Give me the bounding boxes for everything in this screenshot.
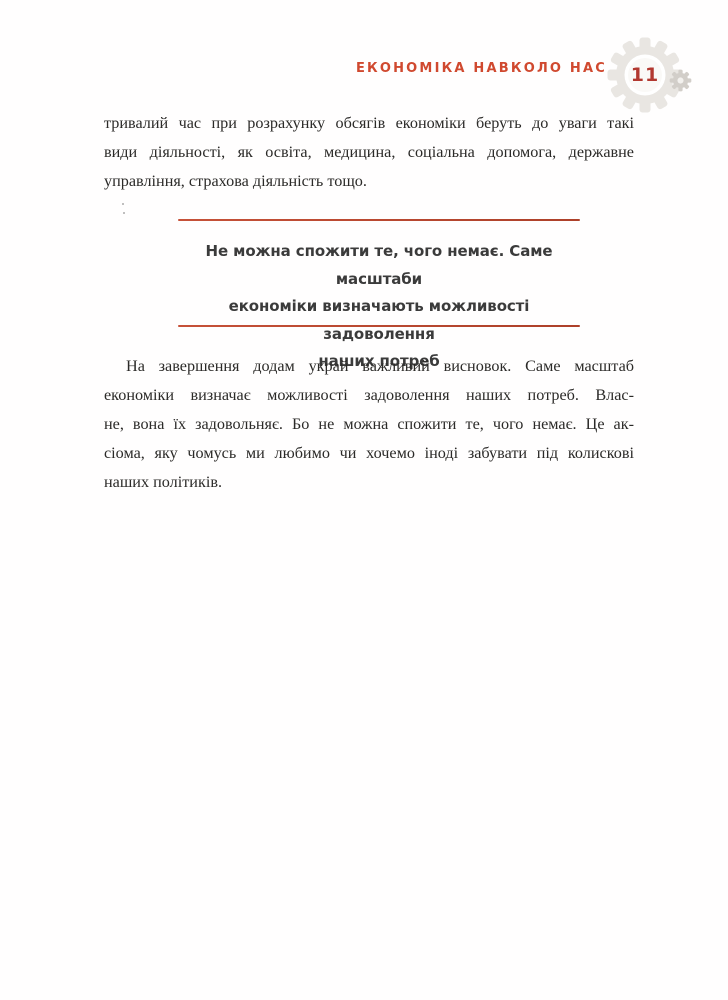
text-line: види діяльності, як освіта, медицина, со… (104, 138, 634, 167)
quote-top-rule (178, 219, 580, 221)
scan-artifact (121, 202, 125, 216)
paragraph-continuation: тривалий час при розрахунку обсягів екон… (104, 109, 634, 196)
text-line: управління, страхова діяльність тощо. (104, 167, 634, 196)
text-line: наших політиків. (104, 468, 634, 497)
quote-line: економіки визначають можливості задоволе… (178, 293, 580, 348)
text-line: сіома, яку чомусь ми любимо чи хочемо ін… (104, 439, 634, 468)
text-line: не, вона їх задовольняє. Бо не можна спо… (104, 410, 634, 439)
small-gear-icon (669, 69, 692, 92)
book-page: ЕКОНОМІКА НАВКОЛО НАС 11 тривалий час пр… (0, 0, 728, 1000)
quote-bottom-rule (178, 325, 580, 327)
quote-line: Не можна спожити те, чого немає. Саме ма… (178, 238, 580, 293)
running-header-title: ЕКОНОМІКА НАВКОЛО НАС (356, 61, 607, 76)
text-line: економіки визначає можливості задоволенн… (104, 381, 634, 410)
text-line: На завершення додам украй важливий висно… (104, 352, 634, 381)
pull-quote-box: Не можна спожити те, чого немає. Саме ма… (178, 219, 580, 329)
text-line: тривалий час при розрахунку обсягів екон… (104, 109, 634, 138)
paragraph-conclusion: На завершення додам украй важливий висно… (104, 352, 634, 497)
